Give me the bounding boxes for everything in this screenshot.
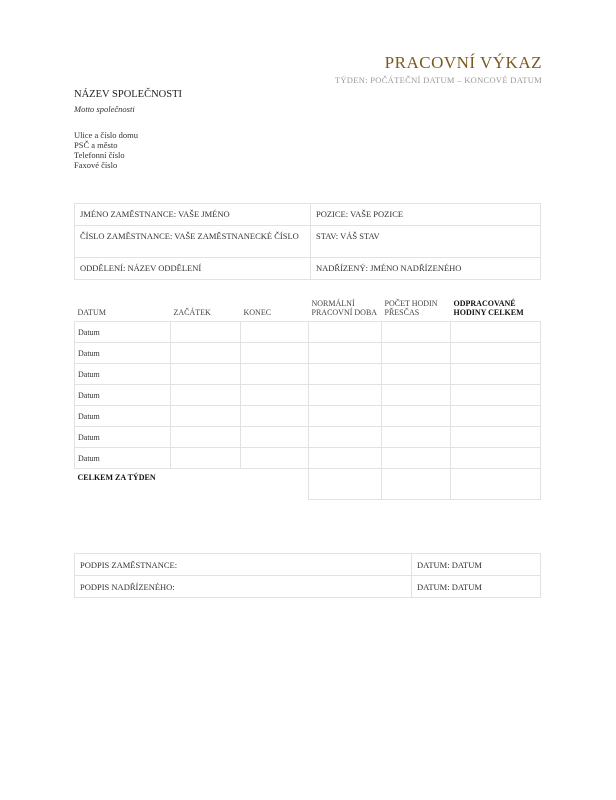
address-fax[interactable]: Faxové číslo xyxy=(74,160,138,170)
document-title: PRACOVNÍ VÝKAZ xyxy=(385,53,542,73)
table-row: Datum xyxy=(75,448,541,469)
overtime-cell[interactable] xyxy=(382,448,451,469)
status-field[interactable]: STAV: VÁŠ STAV xyxy=(311,226,541,258)
company-motto[interactable]: Motto společnosti xyxy=(74,104,135,114)
manager-field[interactable]: NADŘÍZENÝ: JMÉNO NADŘÍZENÉHO xyxy=(311,258,541,280)
department-field[interactable]: ODDĚLENÍ: NÁZEV ODDĚLENÍ xyxy=(75,258,311,280)
company-address: Ulice a číslo domu PSČ a město Telefonní… xyxy=(74,130,138,170)
start-cell[interactable] xyxy=(171,427,241,448)
regular-cell[interactable] xyxy=(309,406,382,427)
regular-cell[interactable] xyxy=(309,385,382,406)
weekly-total-row: CELKEM ZA TÝDEN xyxy=(75,469,541,500)
col-end: KONEC xyxy=(241,298,309,322)
table-row: Datum xyxy=(75,343,541,364)
table-row: Datum xyxy=(75,385,541,406)
overtime-cell[interactable] xyxy=(382,406,451,427)
date-cell[interactable]: Datum xyxy=(75,427,171,448)
total-cell[interactable] xyxy=(451,364,541,385)
end-cell[interactable] xyxy=(241,322,309,343)
regular-cell[interactable] xyxy=(309,343,382,364)
end-cell[interactable] xyxy=(241,427,309,448)
regular-cell[interactable] xyxy=(309,427,382,448)
manager-signature-field[interactable]: PODPIS NADŘÍZENÉHO: xyxy=(75,576,412,598)
employee-number-field[interactable]: ČÍSLO ZAMĚSTNANCE: VAŠE ZAMĚSTNANECKÉ ČÍ… xyxy=(75,226,311,258)
end-cell[interactable] xyxy=(241,406,309,427)
total-cell[interactable] xyxy=(451,406,541,427)
hours-table: DATUM ZAČÁTEK KONEC NORMÁLNÍ PRACOVNÍ DO… xyxy=(74,298,541,500)
signature-table: PODPIS ZAMĚSTNANCE: DATUM: DATUM PODPIS … xyxy=(74,553,541,598)
start-cell[interactable] xyxy=(171,322,241,343)
date-cell[interactable]: Datum xyxy=(75,448,171,469)
start-cell[interactable] xyxy=(171,406,241,427)
total-cell[interactable] xyxy=(451,448,541,469)
table-row: Datum xyxy=(75,364,541,385)
end-cell[interactable] xyxy=(241,364,309,385)
col-overtime: POČET HODIN PŘESČAS xyxy=(382,298,451,322)
end-cell[interactable] xyxy=(241,448,309,469)
manager-signature-date[interactable]: DATUM: DATUM xyxy=(412,576,541,598)
total-cell[interactable] xyxy=(451,322,541,343)
regular-cell[interactable] xyxy=(309,322,382,343)
overtime-cell[interactable] xyxy=(382,343,451,364)
col-start: ZAČÁTEK xyxy=(171,298,241,322)
date-cell[interactable]: Datum xyxy=(75,343,171,364)
overtime-cell[interactable] xyxy=(382,385,451,406)
weekly-total-label: CELKEM ZA TÝDEN xyxy=(75,469,309,500)
total-cell[interactable] xyxy=(451,427,541,448)
total-cell[interactable] xyxy=(451,343,541,364)
overtime-cell[interactable] xyxy=(382,364,451,385)
date-cell[interactable]: Datum xyxy=(75,322,171,343)
total-overtime-cell[interactable] xyxy=(382,469,451,500)
employee-info-table: JMÉNO ZAMĚSTNANCE: VAŠE JMÉNO POZICE: VA… xyxy=(74,203,541,280)
col-total-hours: ODPRACOVANÉ HODINY CELKEM xyxy=(451,298,541,322)
date-cell[interactable]: Datum xyxy=(75,406,171,427)
date-cell[interactable]: Datum xyxy=(75,385,171,406)
col-regular-hours: NORMÁLNÍ PRACOVNÍ DOBA xyxy=(309,298,382,322)
start-cell[interactable] xyxy=(171,448,241,469)
employee-signature-date[interactable]: DATUM: DATUM xyxy=(412,554,541,576)
position-field[interactable]: POZICE: VAŠE POZICE xyxy=(311,204,541,226)
start-cell[interactable] xyxy=(171,385,241,406)
overtime-cell[interactable] xyxy=(382,322,451,343)
total-cell[interactable] xyxy=(451,385,541,406)
end-cell[interactable] xyxy=(241,385,309,406)
start-cell[interactable] xyxy=(171,343,241,364)
col-date: DATUM xyxy=(75,298,171,322)
table-row: Datum xyxy=(75,427,541,448)
end-cell[interactable] xyxy=(241,343,309,364)
regular-cell[interactable] xyxy=(309,448,382,469)
regular-cell[interactable] xyxy=(309,364,382,385)
table-row: Datum xyxy=(75,406,541,427)
date-cell[interactable]: Datum xyxy=(75,364,171,385)
address-zip-city[interactable]: PSČ a město xyxy=(74,140,138,150)
overtime-cell[interactable] xyxy=(382,427,451,448)
company-name[interactable]: NÁZEV SPOLEČNOSTI xyxy=(74,89,182,100)
address-phone[interactable]: Telefonní číslo xyxy=(74,150,138,160)
table-row: Datum xyxy=(75,322,541,343)
week-range[interactable]: TÝDEN: POČÁTEČNÍ DATUM – KONCOVÉ DATUM xyxy=(335,75,542,85)
employee-signature-field[interactable]: PODPIS ZAMĚSTNANCE: xyxy=(75,554,412,576)
total-hours-cell[interactable] xyxy=(451,469,541,500)
start-cell[interactable] xyxy=(171,364,241,385)
address-street[interactable]: Ulice a číslo domu xyxy=(74,130,138,140)
total-regular-cell[interactable] xyxy=(309,469,382,500)
employee-name-field[interactable]: JMÉNO ZAMĚSTNANCE: VAŠE JMÉNO xyxy=(75,204,311,226)
